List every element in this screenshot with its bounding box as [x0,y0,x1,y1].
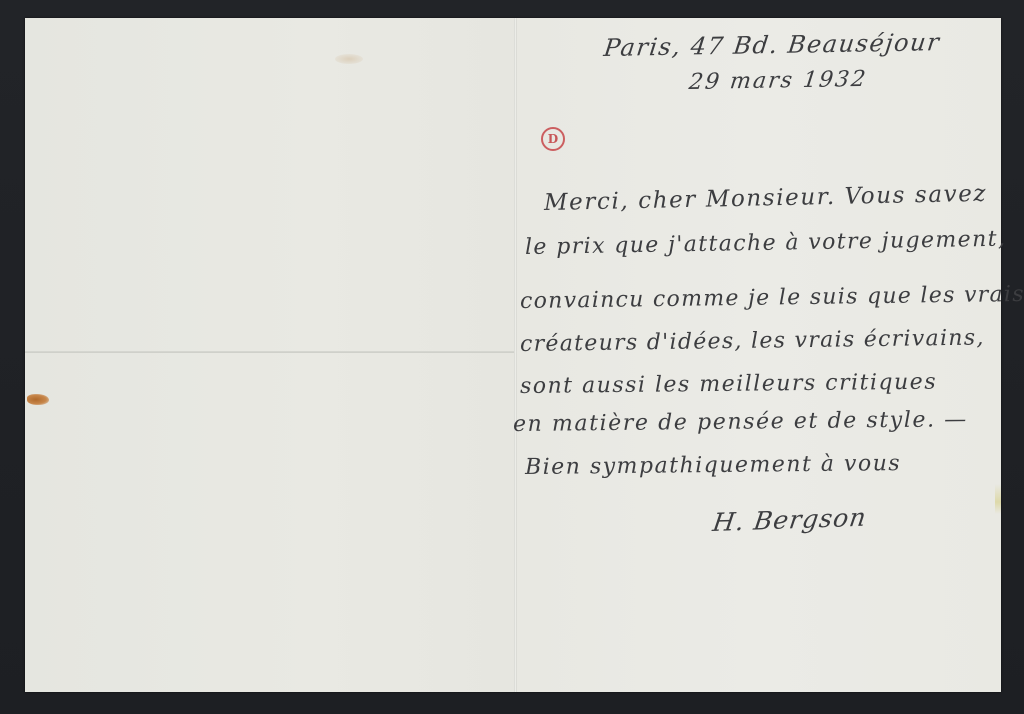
collection-stamp-icon: D [541,127,565,151]
letter-sheet [25,18,1001,692]
signature: H. Bergson [711,503,869,537]
left-page-blank [25,18,515,692]
edge-stain [995,484,1001,514]
letter-line-5: sont aussi les meilleurs critiques [520,370,937,399]
letter-line-6: en matière de pensée et de style. — [513,407,968,437]
stamp-letter: D [548,133,558,145]
letter-closing: Bien sympathiquement à vous [525,451,901,480]
letter-date: 29 mars 1932 [687,67,868,95]
rust-stain [27,394,49,405]
center-fold-crease [514,18,517,692]
horizontal-fold-crease [25,351,514,353]
paper-stain [335,54,363,64]
letter-address: Paris, 47 Bd. Beauséjour [602,28,942,62]
